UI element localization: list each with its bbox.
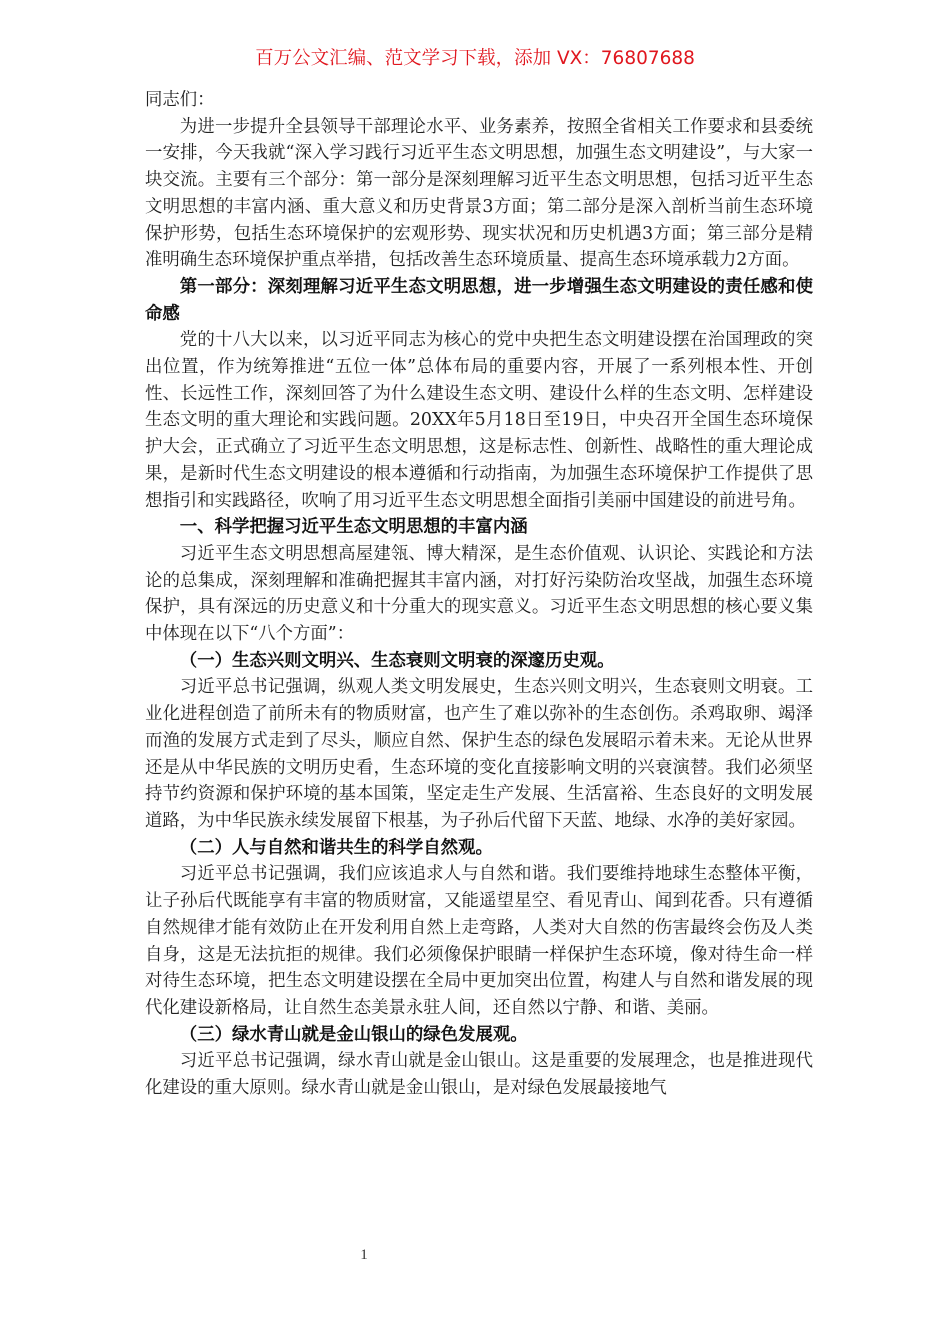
body-paragraph: 习近平总书记强调，我们应该追求人与自然和谐。我们要维持地球生态整体平衡，让子孙后… — [145, 861, 813, 1021]
subsection-heading: （二）人与自然和谐共生的科学自然观。 — [145, 835, 813, 862]
part-one-heading: 第一部分：深刻理解习近平生态文明思想，进一步增强生态文明建设的责任感和使命感 — [145, 274, 813, 327]
download-banner: 百万公文汇编、范文学习下载，添加 VX：76807688 — [0, 46, 950, 72]
body-paragraph: 习近平生态文明思想高屋建瓴、博大精深，是生态价值观、认识论、实践论和方法论的总集… — [145, 541, 813, 648]
section-heading: 一、科学把握习近平生态文明思想的丰富内涵 — [145, 514, 813, 541]
intro-paragraph: 为进一步提升全县领导干部理论水平、业务素养，按照全省相关工作要求和县委统一安排，… — [145, 114, 813, 274]
subsection-heading: （三）绿水青山就是金山银山的绿色发展观。 — [145, 1022, 813, 1049]
body-paragraph: 习近平总书记强调，纵观人类文明发展史，生态兴则文明兴，生态衰则文明衰。工业化进程… — [145, 674, 813, 834]
page-number: 1 — [359, 1247, 369, 1264]
subsection-heading: （一）生态兴则文明兴、生态衰则文明衰的深邃历史观。 — [145, 648, 813, 675]
body-paragraph: 党的十八大以来，以习近平同志为核心的党中央把生态文明建设摆在治国理政的突出位置，… — [145, 327, 813, 514]
salutation: 同志们： — [145, 87, 813, 114]
document-body: 同志们： 为进一步提升全县领导干部理论水平、业务素养，按照全省相关工作要求和县委… — [145, 87, 813, 1102]
body-paragraph: 习近平总书记强调，绿水青山就是金山银山。这是重要的发展理念，也是推进现代化建设的… — [145, 1048, 813, 1101]
